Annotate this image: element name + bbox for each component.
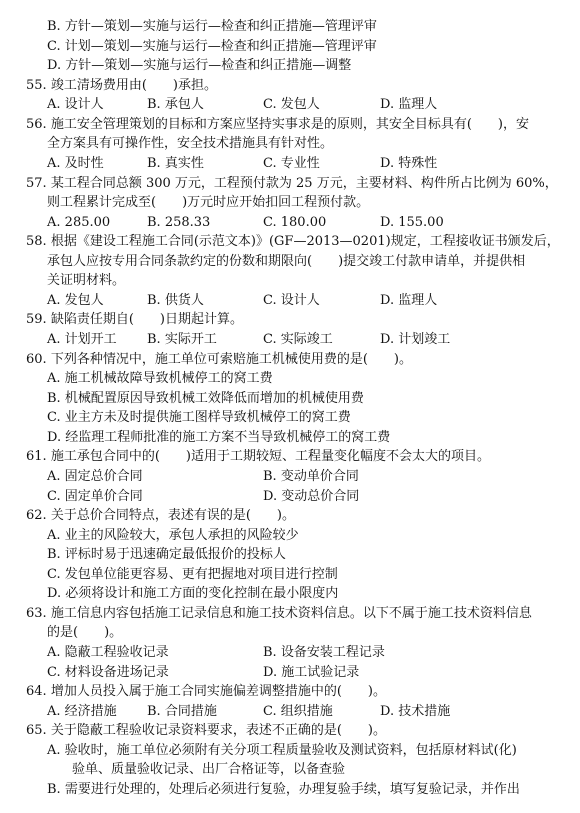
question-text: 则工程累计完成至( )万元时应开始扣回工程预付款。 (47, 195, 369, 210)
question-text: 施工安全管理策划的目标和方案应坚持实事求是的原则，其安全目标具有( )，安 (51, 117, 529, 132)
question-text: 全方案具有可操作性，安全技术措施具有针对性。 (47, 136, 333, 151)
question-65-option-b: B. 需要进行处理的，处理后必须进行复验，办理复验手续，填写复验记录，并作出 (47, 780, 520, 799)
question-59-stem: 59. 缺陷责任期自( )日期起计算。 (26, 310, 243, 329)
option-c: C. 发包人 (263, 95, 320, 114)
option-b: B. 合同措施 (147, 702, 217, 721)
question-number: 55. (26, 78, 47, 93)
question-63-options-row-1: A. 隐蔽工程验收记录 B. 设备安装工程记录 (47, 643, 577, 662)
question-55-stem: 55. 竣工清场费用由( )承担。 (26, 76, 217, 95)
question-61-stem: 61. 施工承包合同中的( )适用于工期较短、工程量变化幅度不会太大的项目。 (26, 447, 490, 466)
question-number: 62. (26, 508, 47, 523)
question-number: 56. (26, 117, 47, 132)
question-text: 承包人应按专用合同条款约定的份数和期限向( )提交竣工付款申请单，并提供相 (47, 254, 525, 269)
option-a: A. 固定总价合同 (47, 467, 143, 486)
question-65-option-a: A. 验收时，施工单位必须附有关分项工程质量验收及测试资料，包括原材料试(化) (47, 741, 517, 760)
question-number: 64. (26, 684, 47, 699)
question-number: 59. (26, 312, 47, 327)
option-d: D. 监理人 (380, 291, 437, 310)
option-d: D. 155.00 (380, 213, 444, 232)
question-58-options: A. 发包人 B. 供货人 C. 设计人 D. 监理人 (47, 291, 577, 310)
question-58-stem: 58. 根据《建设工程施工合同(示范文本)》(GF—2013—0201)规定，工… (26, 232, 560, 251)
question-60-option-d: D. 经监理工程师批准的施工方案不当导致机械停工的窝工费 (47, 428, 390, 447)
question-number: 60. (26, 352, 47, 367)
question-text: 的是( )。 (47, 625, 122, 640)
question-number: 57. (26, 176, 47, 191)
option-d: D. 变动总价合同 (263, 487, 359, 506)
option-a: A. 经济措施 (47, 702, 117, 721)
option-b: B. 258.33 (147, 213, 210, 232)
question-58-stem-cont-2: 关证明材料。 (47, 271, 125, 290)
option-b: B. 供货人 (147, 291, 204, 310)
question-63-stem-cont: 的是( )。 (47, 623, 122, 642)
question-text: 根据《建设工程施工合同(示范文本)》(GF—2013—0201)规定，工程接收证… (51, 234, 560, 249)
option-a: A. 285.00 (47, 213, 110, 232)
question-number: 63. (26, 606, 47, 621)
option-c: C. 180.00 (263, 213, 326, 232)
question-text: 缺陷责任期自( )日期起计算。 (51, 312, 243, 327)
option-b: B. 变动单价合同 (263, 467, 359, 486)
question-64-stem: 64. 增加人员投入属于施工合同实施偏差调整措施中的( )。 (26, 682, 386, 701)
question-text: 施工信息内容包括施工记录信息和施工技术资料信息。以下不属于施工技术资料信息 (51, 606, 532, 621)
option-54-c: C. 计划—策划—实施与运行—检查和纠正措施—管理评审 (47, 37, 377, 56)
question-56-stem-cont: 全方案具有可操作性，安全技术措施具有针对性。 (47, 134, 333, 153)
option-label: D. (47, 58, 61, 73)
option-text: 计划—策划—实施与运行—检查和纠正措施—管理评审 (65, 39, 377, 54)
exam-page: B. 方针—策划—实施与运行—检查和纠正措施—管理评审 C. 计划—策划—实施与… (0, 0, 580, 813)
question-59-options: A. 计划开工 B. 实际开工 C. 实际竣工 D. 计划竣工 (47, 330, 577, 349)
option-c: C. 设计人 (263, 291, 320, 310)
option-c: C. 专业性 (263, 154, 320, 173)
option-b: B. 真实性 (147, 154, 204, 173)
option-c: C. 固定单价合同 (47, 487, 143, 506)
option-label: C. (47, 39, 61, 54)
option-a: A. 及时性 (47, 154, 104, 173)
option-d: D. 特殊性 (380, 154, 437, 173)
question-57-options: A. 285.00 B. 258.33 C. 180.00 D. 155.00 (47, 213, 577, 232)
question-61-options-row-2: C. 固定单价合同 D. 变动总价合同 (47, 487, 577, 506)
option-d: D. 技术措施 (380, 702, 450, 721)
option-54-d: D. 方针—策划—实施与运行—检查和纠正措施—调整 (47, 56, 351, 75)
question-55-options: A. 设计人 B. 承包人 C. 发包人 D. 监理人 (47, 95, 577, 114)
option-d: D. 监理人 (380, 95, 437, 114)
question-number: 61. (26, 449, 47, 464)
option-d: D. 计划竣工 (380, 330, 450, 349)
question-text: 关于总价合同特点，表述有误的是( )。 (51, 508, 295, 523)
option-text: 方针—策划—实施与运行—检查和纠正措施—管理评审 (65, 19, 377, 34)
question-62-option-b: B. 评标时易于迅速确定最低报价的投标人 (47, 545, 286, 564)
question-60-option-c: C. 业主方未及时提供施工图样导致机械停工的窝工费 (47, 408, 351, 427)
question-63-options-row-2: C. 材料设备进场记录 D. 施工试验记录 (47, 663, 577, 682)
question-56-options: A. 及时性 B. 真实性 C. 专业性 D. 特殊性 (47, 154, 577, 173)
question-text: 竣工清场费用由( )承担。 (51, 78, 217, 93)
option-a: A. 计划开工 (47, 330, 117, 349)
question-text: 某工程合同总额 300 万元，工程预付款为 25 万元，主要材料、构件所占比例为… (51, 176, 558, 191)
option-b: B. 实际开工 (147, 330, 217, 349)
question-number: 65. (26, 723, 47, 738)
question-62-option-d: D. 必须将设计和施工方面的变化控制在最小限度内 (47, 584, 338, 603)
option-c: C. 材料设备进场记录 (47, 663, 169, 682)
question-62-stem: 62. 关于总价合同特点，表述有误的是( )。 (26, 506, 295, 525)
question-58-stem-cont-1: 承包人应按专用合同条款约定的份数和期限向( )提交竣工付款申请单，并提供相 (47, 252, 525, 271)
option-text: 方针—策划—实施与运行—检查和纠正措施—调整 (65, 58, 351, 73)
question-63-stem: 63. 施工信息内容包括施工记录信息和施工技术资料信息。以下不属于施工技术资料信… (26, 604, 532, 623)
option-b: B. 设备安装工程记录 (263, 643, 385, 662)
option-c: C. 实际竣工 (263, 330, 333, 349)
question-62-option-a: A. 业主的风险较大，承包人承担的风险较少 (47, 526, 299, 545)
question-text: 关于隐蔽工程验收记录资料要求，表述不正确的是( )。 (51, 723, 386, 738)
question-number: 58. (26, 234, 47, 249)
question-text: 关证明材料。 (47, 273, 125, 288)
question-text: 下列各种情况中，施工单位可索赔施工机械使用费的是( )。 (51, 352, 412, 367)
question-60-stem: 60. 下列各种情况中，施工单位可索赔施工机械使用费的是( )。 (26, 350, 412, 369)
question-57-stem-cont: 则工程累计完成至( )万元时应开始扣回工程预付款。 (47, 193, 369, 212)
option-a: A. 隐蔽工程验收记录 (47, 643, 169, 662)
option-d: D. 施工试验记录 (263, 663, 359, 682)
option-b: B. 承包人 (147, 95, 204, 114)
option-a: A. 设计人 (47, 95, 104, 114)
question-60-option-b: B. 机械配置原因导致机械工效降低而增加的机械使用费 (47, 389, 364, 408)
option-c: C. 组织措施 (263, 702, 333, 721)
question-56-stem: 56. 施工安全管理策划的目标和方案应坚持实事求是的原则，其安全目标具有( )，… (26, 115, 529, 134)
question-60-option-a: A. 施工机械故障导致机械停工的窝工费 (47, 369, 273, 388)
question-65-stem: 65. 关于隐蔽工程验收记录资料要求，表述不正确的是( )。 (26, 721, 386, 740)
option-54-b: B. 方针—策划—实施与运行—检查和纠正措施—管理评审 (47, 17, 377, 36)
question-64-options: A. 经济措施 B. 合同措施 C. 组织措施 D. 技术措施 (47, 702, 577, 721)
question-65-option-a-cont: 验单、质量验收记录、出厂合格证等，以备查验 (72, 760, 345, 779)
option-a: A. 发包人 (47, 291, 104, 310)
question-61-options-row-1: A. 固定总价合同 B. 变动单价合同 (47, 467, 577, 486)
question-57-stem: 57. 某工程合同总额 300 万元，工程预付款为 25 万元，主要材料、构件所… (26, 174, 558, 193)
question-62-option-c: C. 发包单位能更容易、更有把握地对项目进行控制 (47, 565, 338, 584)
option-label: B. (47, 19, 61, 34)
question-text: 增加人员投入属于施工合同实施偏差调整措施中的( )。 (51, 684, 386, 699)
question-text: 施工承包合同中的( )适用于工期较短、工程量变化幅度不会太大的项目。 (51, 449, 490, 464)
